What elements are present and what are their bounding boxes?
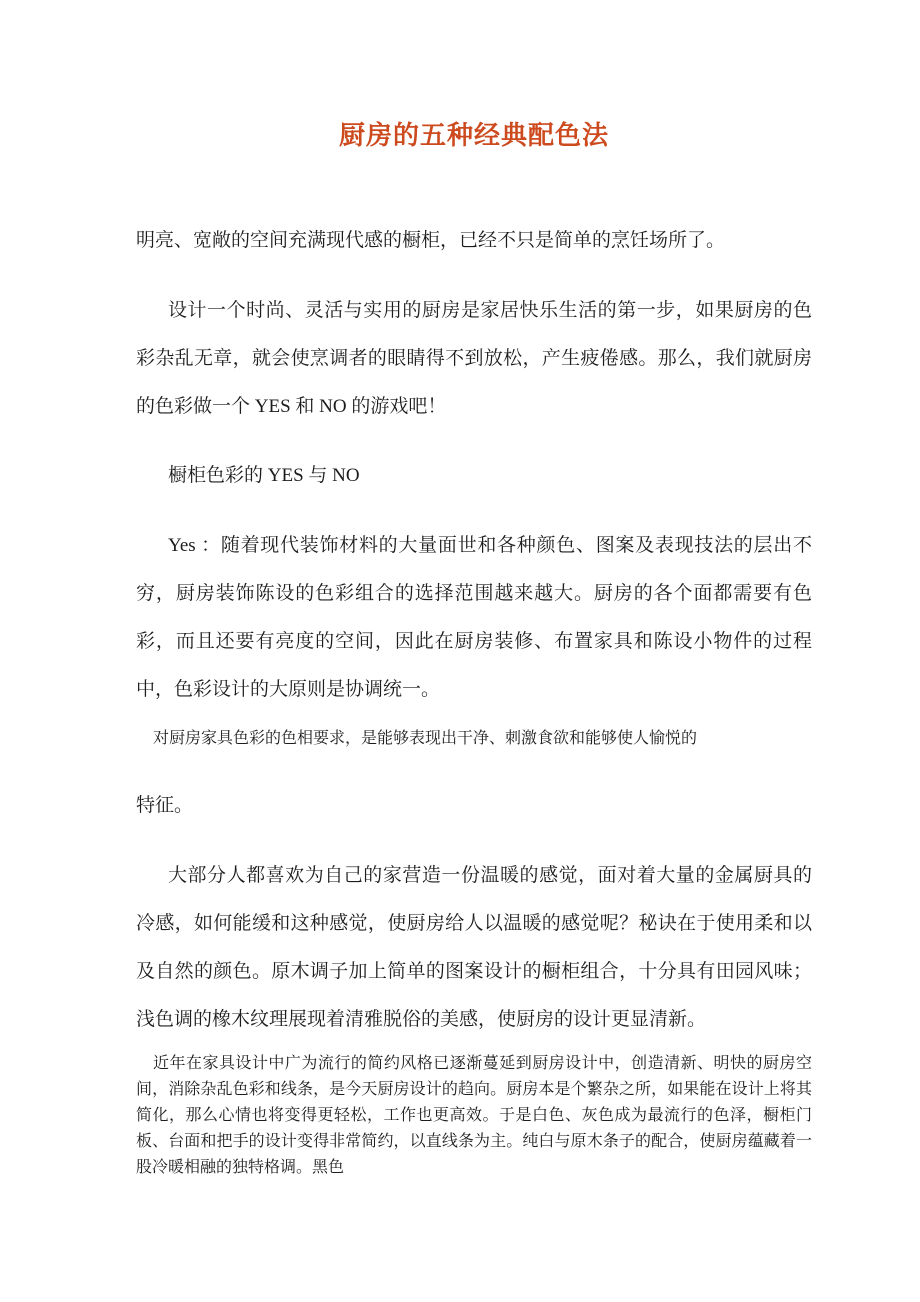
document-title: 厨房的五种经典配色法 [136, 118, 812, 154]
paragraph-minimalist-trend: 近年在家具设计中广为流行的简约风格已逐渐蔓延到厨房设计中，创造清新、明快的厨房空… [136, 1051, 812, 1181]
paragraph-yes-no-heading: 橱柜色彩的 YES 与 NO [136, 452, 812, 500]
paragraph-hue-requirement: 对厨房家具色彩的色相要求，是能够表现出干净、刺激食欲和能够使人愉悦的 [136, 726, 812, 752]
paragraph-yes-materials: Yes ：随着现代装饰材料的大量面世和各种颜色、图案及表现技法的层出不穷，厨房装… [136, 522, 812, 714]
paragraph-design-first-step: 设计一个时尚、灵活与实用的厨房是家居快乐生活的第一步，如果厨房的色彩杂乱无章，就… [136, 287, 812, 431]
paragraph-intro: 明亮、宽敞的空间充满现代感的橱柜，已经不只是简单的烹饪场所了。 [136, 217, 812, 265]
document-page: 厨房的五种经典配色法 明亮、宽敞的空间充满现代感的橱柜，已经不只是简单的烹饪场所… [0, 0, 920, 1302]
paragraph-warm-feeling: 大部分人都喜欢为自己的家营造一份温暖的感觉，面对着大量的金属厨具的冷感，如何能缓… [136, 852, 812, 1044]
paragraph-feature-fragment: 特征。 [136, 782, 812, 830]
